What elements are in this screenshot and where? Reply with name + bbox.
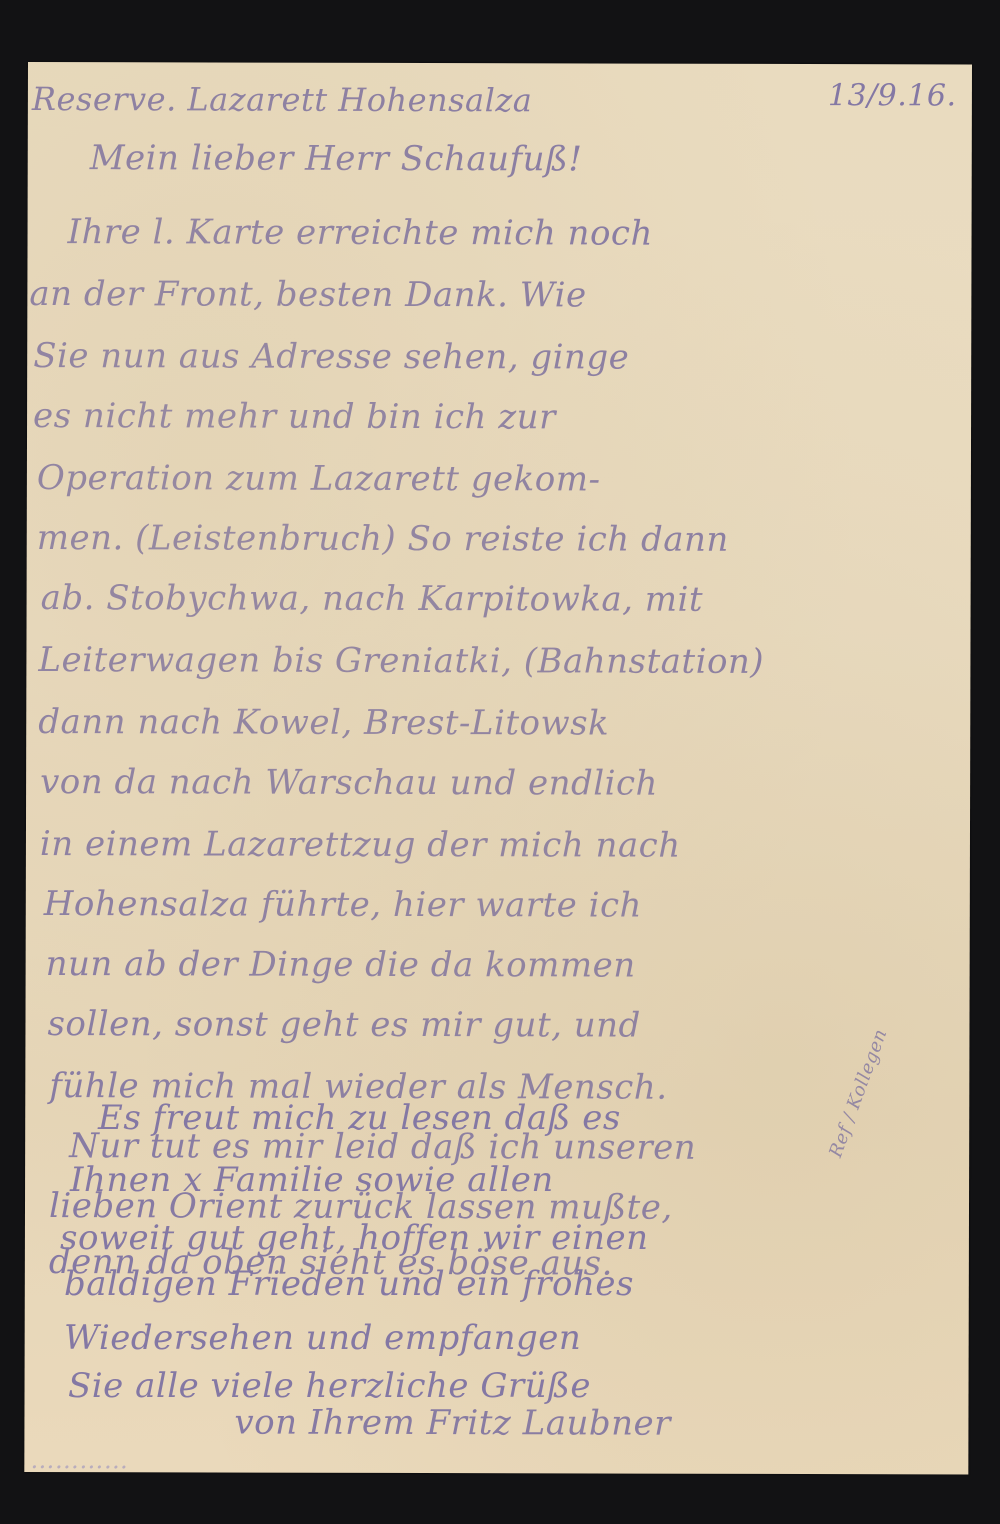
- letter-line: Hohensalza führte, hier warte ich: [44, 884, 642, 926]
- bottom-faint-text: …………: [30, 1446, 128, 1474]
- margin-note: Ref / Kollegen: [825, 1026, 891, 1160]
- letter-line: soweit gut geht, hoffen wir einen: [60, 1218, 649, 1258]
- letter-line: Operation zum Lazarett gekom-: [37, 458, 601, 499]
- letter-line: baldigen Frieden und ein frohes: [64, 1264, 634, 1304]
- letter-line: ab. Stobychwa, nach Karpitowka, mit: [41, 578, 704, 620]
- letter-line: in einem Lazarettzug der mich nach: [40, 824, 681, 866]
- letter-salutation: Mein lieber Herr Schaufuß!: [90, 138, 583, 179]
- letter-line: an der Front, besten Dank. Wie: [29, 274, 586, 315]
- letter-line: Ihre l. Karte erreichte mich noch: [68, 212, 653, 254]
- letter-date: 13/9.16.: [828, 78, 957, 113]
- letter-line: dann nach Kowel, Brest-Litowsk: [38, 702, 609, 743]
- letter-line: es nicht mehr und bin ich zur: [33, 396, 556, 437]
- letter-header-location: Reserve. Lazarett Hohensalza: [32, 80, 533, 119]
- letter-paper: Reserve. Lazarett Hohensalza 13/9.16. Me…: [24, 62, 972, 1474]
- letter-line: Leiterwagen bis Greniatki, (Bahnstation): [38, 640, 764, 682]
- letter-line: men. (Leistenbruch) So reiste ich dann: [37, 518, 729, 560]
- letter-line: nun ab der Dinge die da kommen: [46, 944, 636, 986]
- letter-line: Sie alle viele herzliche Grüße: [68, 1366, 591, 1406]
- letter-line: Wiedersehen und empfangen: [64, 1318, 581, 1358]
- letter-line: von da nach Warschau und endlich: [40, 762, 658, 804]
- letter-line: sollen, sonst geht es mir gut, und: [47, 1004, 640, 1046]
- letter-line: Sie nun aus Adresse sehen, ginge: [33, 336, 629, 378]
- letter-line: Es freut mich zu lesen daß es: [98, 1098, 621, 1138]
- letter-line: Ihnen x Familie sowie allen: [70, 1160, 554, 1200]
- closing-signature: von Ihrem Fritz Laubner: [234, 1403, 671, 1444]
